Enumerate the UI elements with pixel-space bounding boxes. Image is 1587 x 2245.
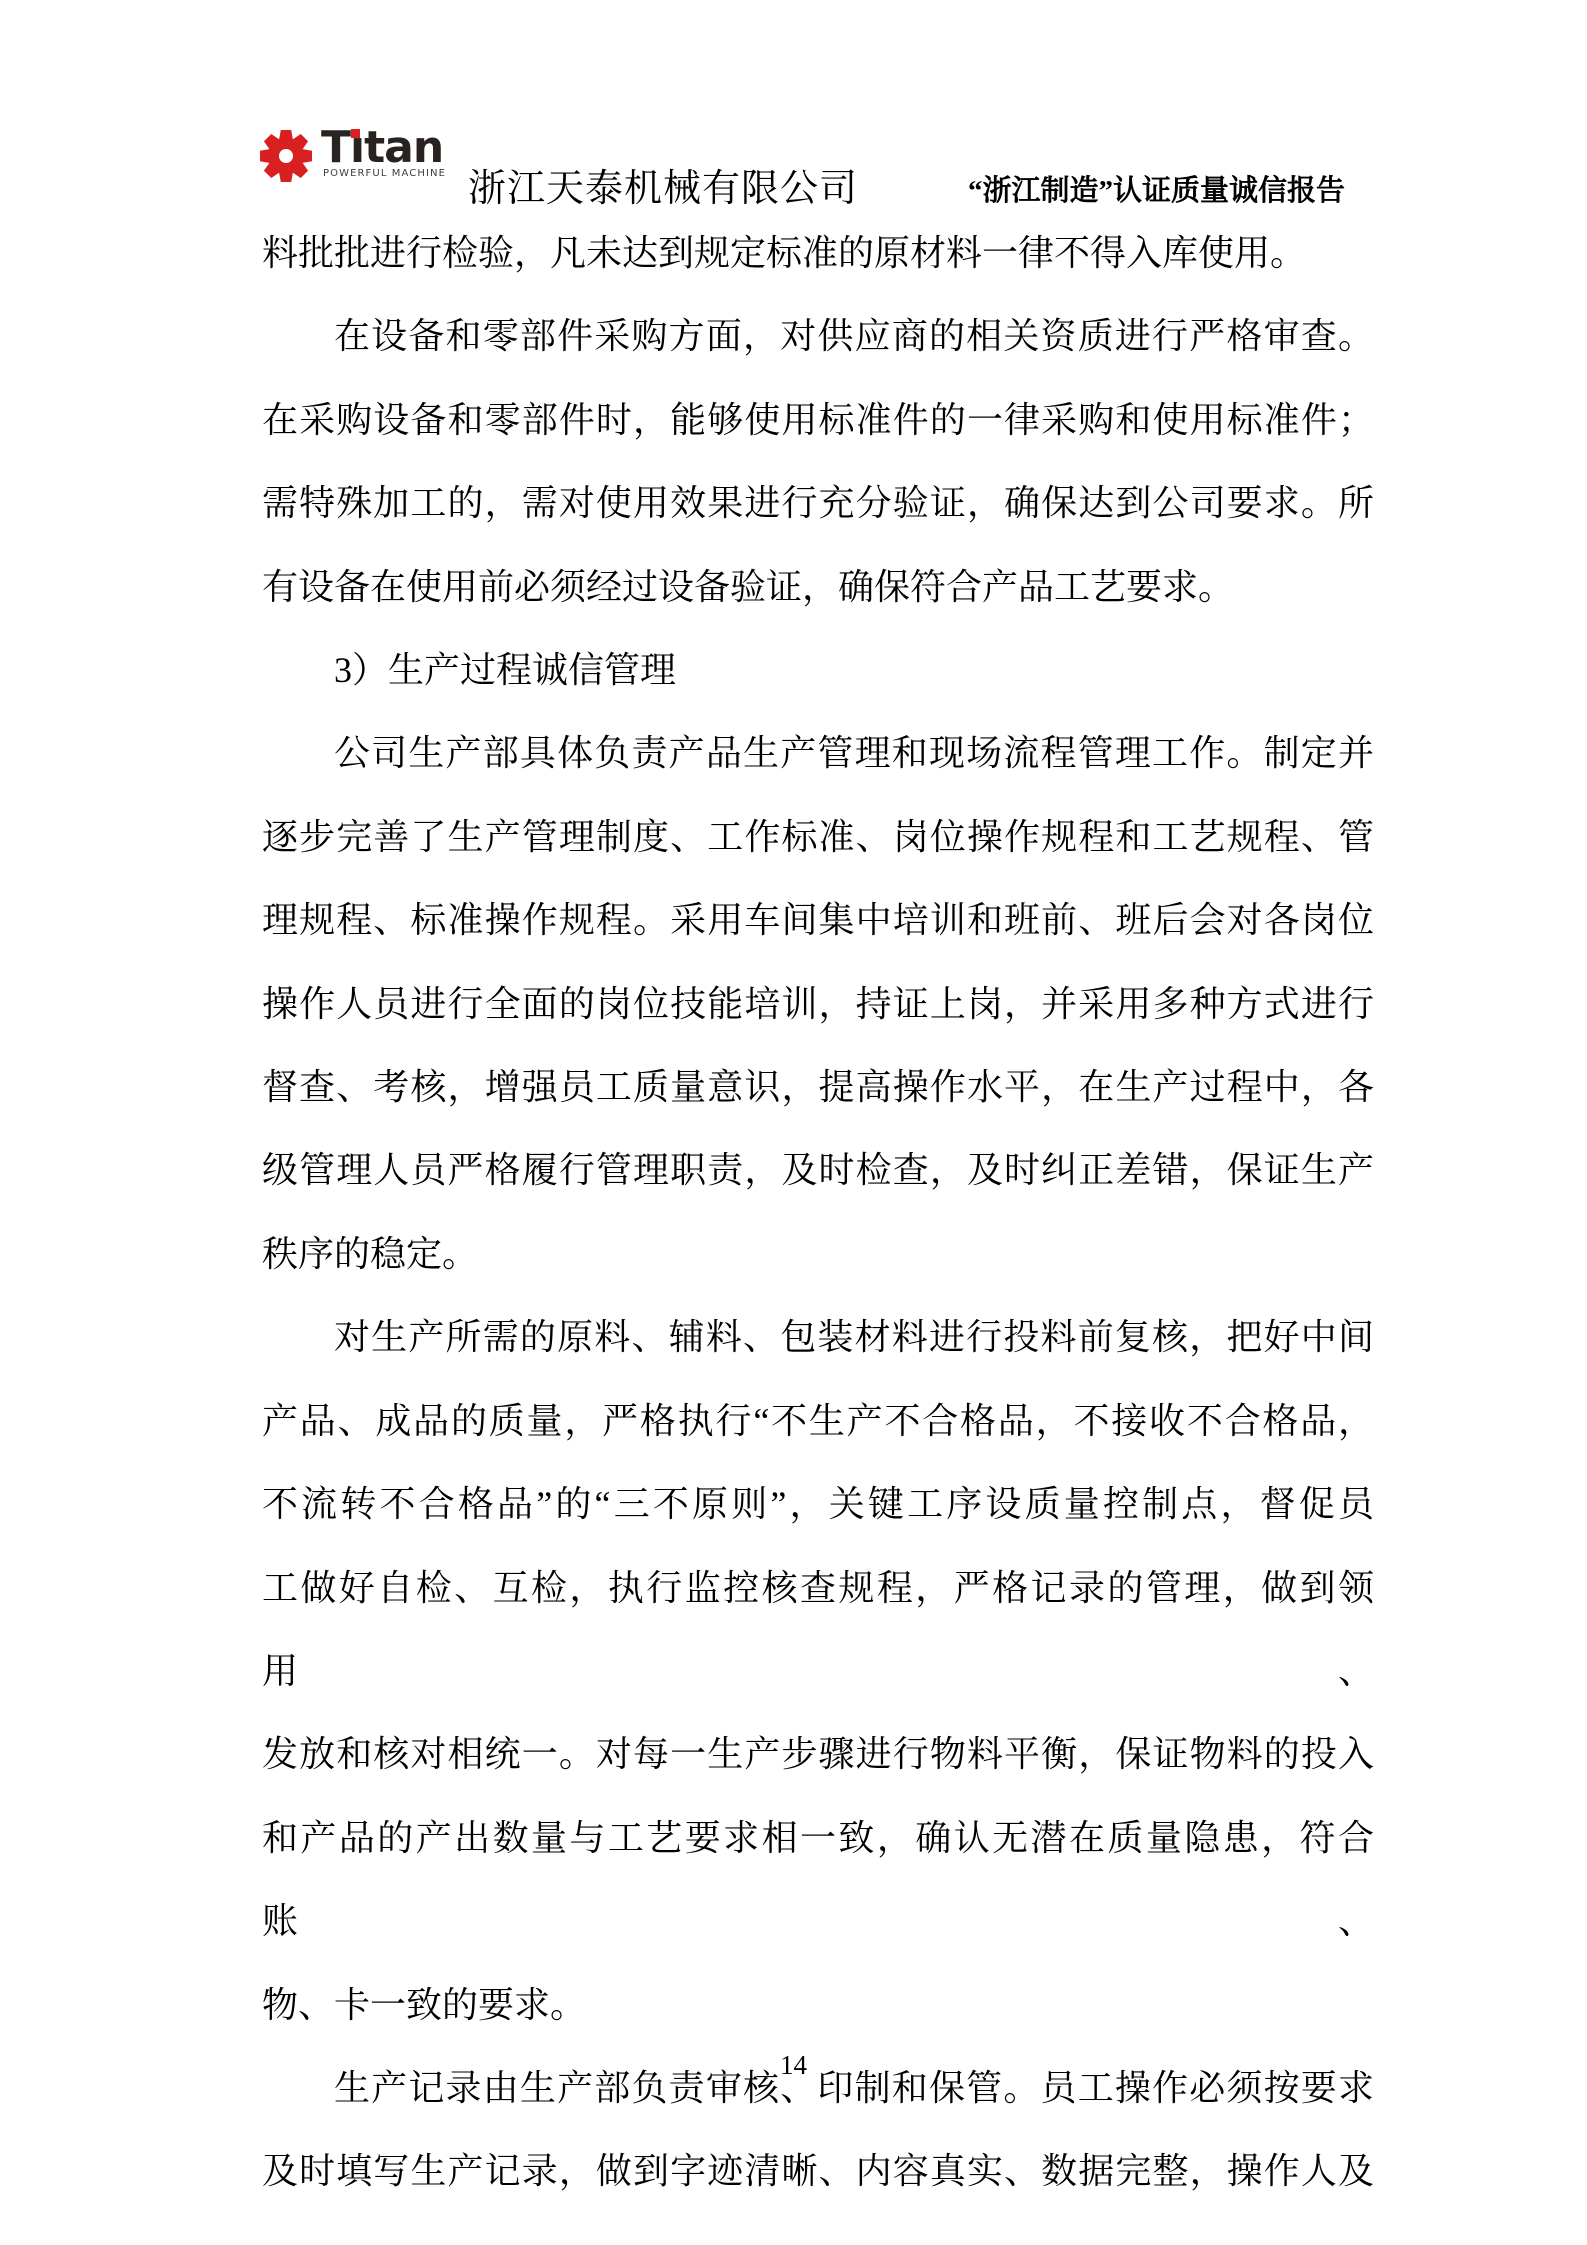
logo-i-dot-icon (351, 129, 360, 138)
report-title: “浙江制造”认证质量诚信报告 (968, 177, 1345, 206)
logo-letters-tan: tan (364, 122, 443, 173)
logo-wordmark: Tıtan (321, 126, 443, 170)
paragraph-line: 物、卡一致的要求。 (262, 1964, 1374, 2047)
paragraph-line: 有设备在使用前必须经过设备验证，确保符合产品工艺要求。 (262, 546, 1374, 629)
paragraph-line: 逐步完善了生产管理制度、工作标准、岗位操作规程和工艺规程、管 (262, 796, 1374, 879)
document-page: Tıtan POWERFUL MACHINE 浙江天泰机械有限公司 “浙江制造”… (0, 0, 1587, 2245)
company-name: 浙江天泰机械有限公司 (468, 170, 858, 208)
paragraph-line: 不流转不合格品”的“三不原则”，关键工序设质量控制点，督促员 (262, 1463, 1374, 1546)
gear-icon (260, 130, 312, 182)
paragraph-line: 公司生产部具体负责产品生产管理和现场流程管理工作。制定并 (262, 712, 1374, 795)
paragraph-line: 在采购设备和零部件时，能够使用标准件的一律采购和使用标准件； (262, 379, 1374, 462)
paragraph-line: 和产品的产出数量与工艺要求相一致，确认无潜在质量隐患，符合账、 (262, 1797, 1374, 1964)
logo-letter-i: ı (350, 126, 364, 170)
section-heading: 3）生产过程诚信管理 (262, 629, 1374, 712)
paragraph-line: 需特殊加工的，需对使用效果进行充分验证，确保达到公司要求。所 (262, 462, 1374, 545)
paragraph-line: 料批批进行检验，凡未达到规定标准的原材料一律不得入库使用。 (262, 212, 1374, 295)
paragraph-line: 秩序的稳定。 (262, 1213, 1374, 1296)
logo-tagline: POWERFUL MACHINE (323, 168, 446, 179)
paragraph-line: 督查、考核，增强员工质量意识，提高操作水平，在生产过程中，各 (262, 1046, 1374, 1129)
paragraph-line: 发放和核对相统一。对每一生产步骤进行物料平衡，保证物料的投入 (262, 1713, 1374, 1796)
paragraph-line: 产品、成品的质量，严格执行“不生产不合格品，不接收不合格品， (262, 1380, 1374, 1463)
paragraph-line: 对生产所需的原料、辅料、包装材料进行投料前复核，把好中间 (262, 1296, 1374, 1379)
document-body: 料批批进行检验，凡未达到规定标准的原材料一律不得入库使用。 在设备和零部件采购方… (262, 212, 1374, 2214)
paragraph-line: 操作人员进行全面的岗位技能培训，持证上岗，并采用多种方式进行 (262, 963, 1374, 1046)
paragraph-line: 理规程、标准操作规程。采用车间集中培训和班前、班后会对各岗位 (262, 879, 1374, 962)
paragraph-line: 工做好自检、互检，执行监控核查规程，严格记录的管理，做到领用、 (262, 1547, 1374, 1714)
paragraph-line: 级管理人员严格履行管理职责，及时检查，及时纠正差错，保证生产 (262, 1129, 1374, 1212)
logo-letter-t: T (321, 122, 350, 173)
page-number: 14 (0, 2052, 1587, 2079)
paragraph-line: 及时填写生产记录，做到字迹清晰、内容真实、数据完整，操作人及 (262, 2130, 1374, 2213)
paragraph-line: 在设备和零部件采购方面，对供应商的相关资质进行严格审查。 (262, 295, 1374, 378)
